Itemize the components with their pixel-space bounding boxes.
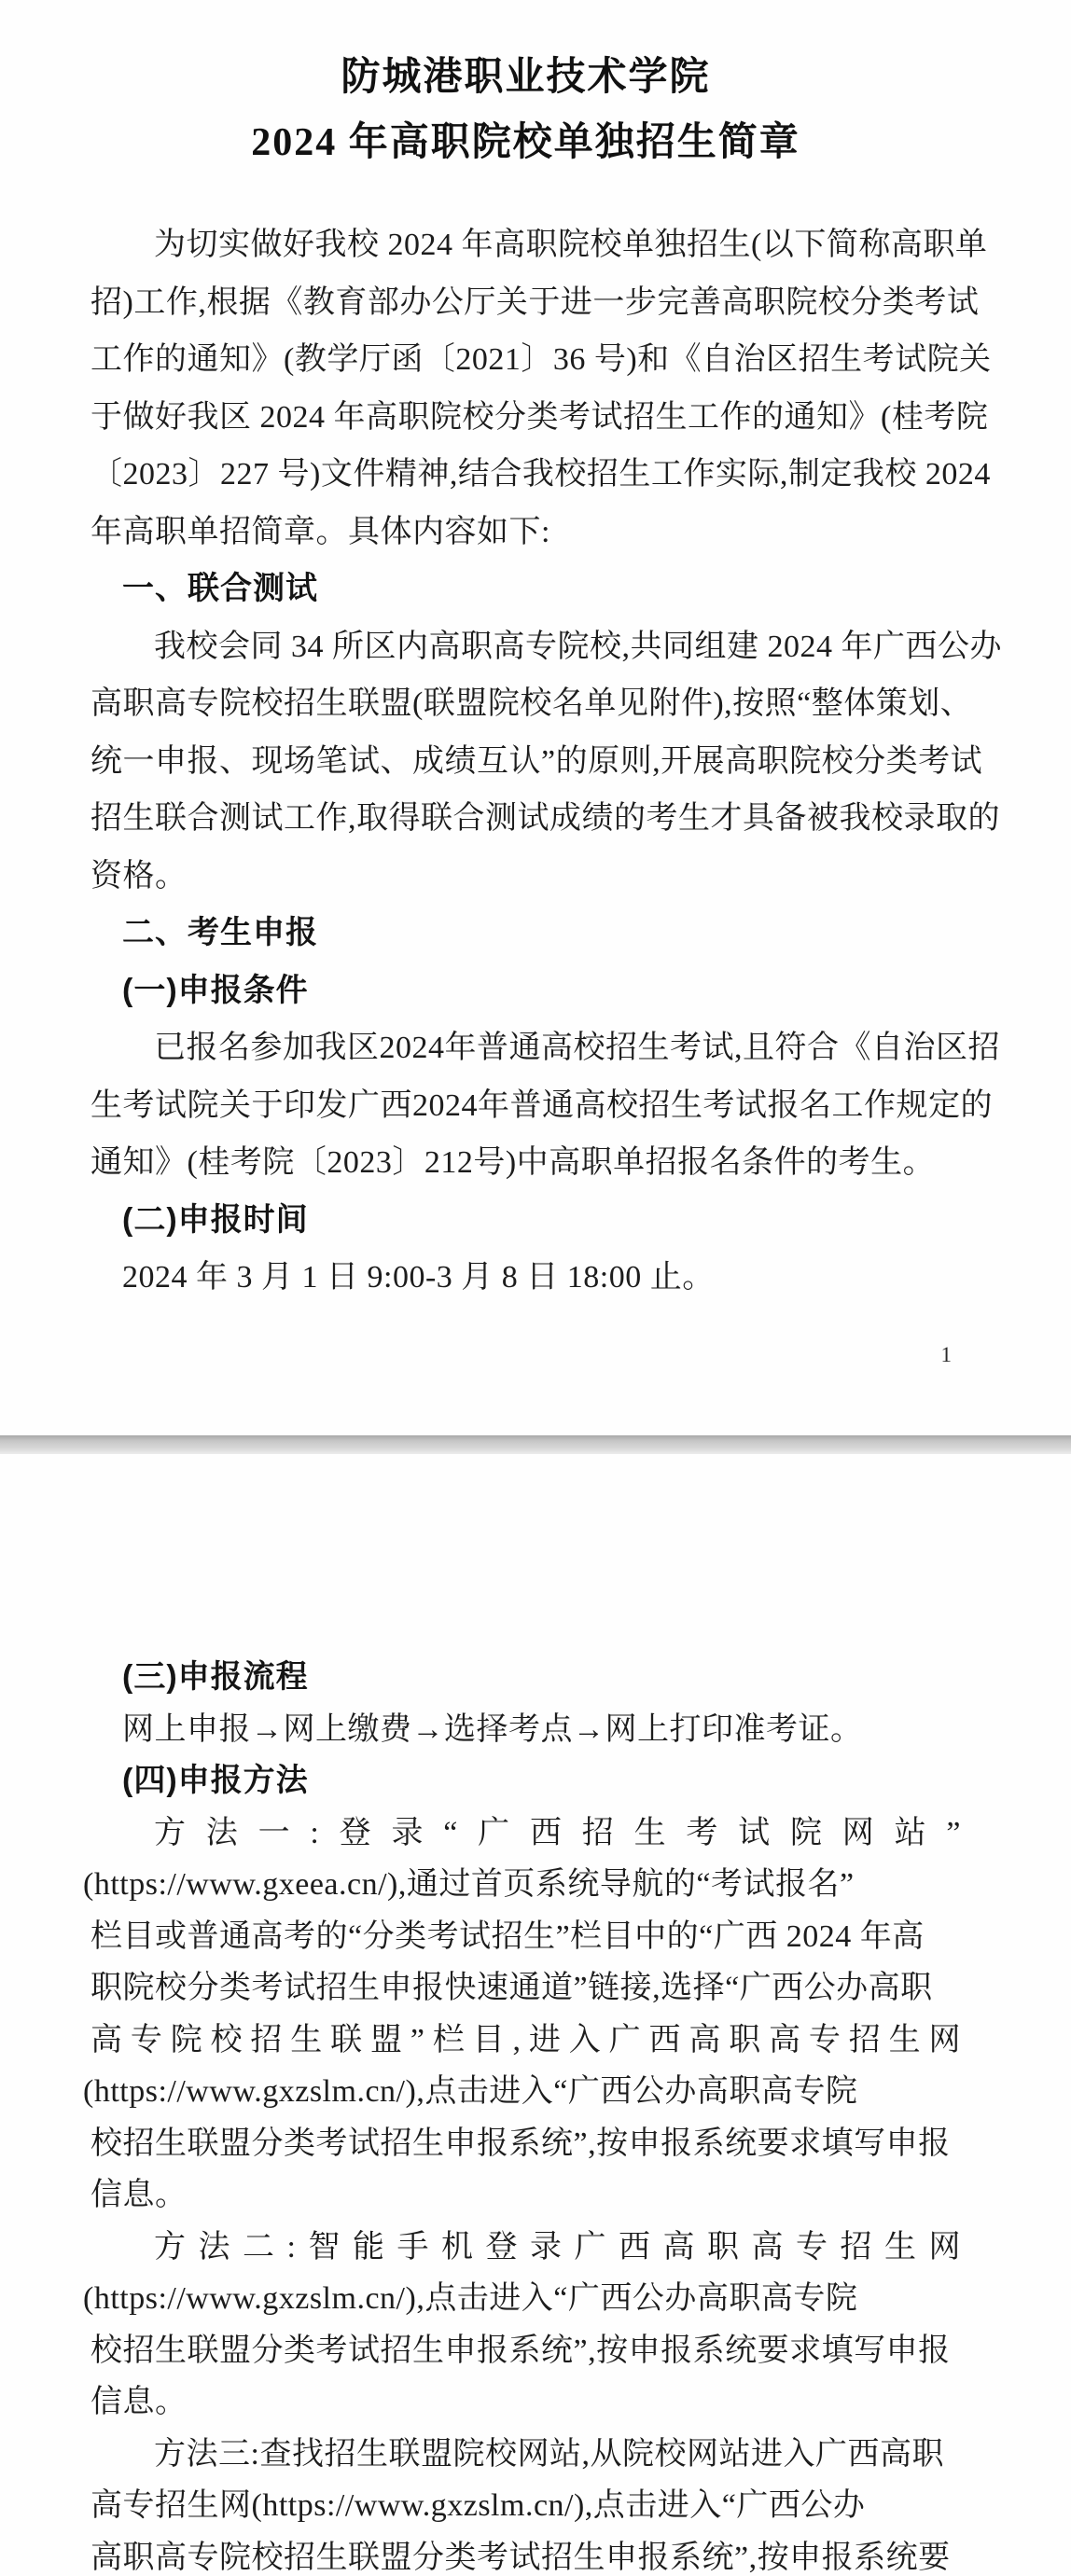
text-line: 〔2023〕227 号)文件精神,结合我校招生工作实际,制定我校 2024 — [90, 446, 961, 504]
text-line: 高专院校招生联盟”栏目,进入广西高职高专招生网 — [90, 2015, 961, 2067]
document-viewer: 防城港职业技术学院2024 年高职院校单独招生简章 为切实做好我校 2024 年… — [0, 0, 1071, 2576]
text-line: 高职高专院校招生联盟(联盟院校名单见附件),按照“整体策划、 — [90, 675, 961, 733]
document-title: 防城港职业技术学院2024 年高职院校单独招生简章 — [90, 45, 961, 175]
text-line: 方法三:查找招生联盟院校网站,从院校网站进入广西高职 — [90, 2429, 961, 2481]
text-line: 高职高专院校招生联盟分类考试招生申报系统”,按申报系统要 — [90, 2532, 961, 2576]
text-line: 为切实做好我校 2024 年高职院校单独招生(以下简称高职单 — [90, 216, 961, 274]
text-line: (https://www.gxeea.cn/),通过首页系统导航的“考试报名” — [83, 1859, 961, 1911]
text-line: 信息。 — [90, 2169, 961, 2222]
document-title-line: 防城港职业技术学院 — [90, 45, 961, 110]
text-line: 工作的通知》(教学厅函〔2021〕36 号)和《自治区招生考试院关 — [90, 331, 961, 389]
text-line: 方法一:登录“广西招生考试院网站” — [90, 1807, 961, 1860]
text-line: (三)申报流程 — [90, 1652, 961, 1704]
text-line: 资格。 — [90, 848, 961, 906]
text-line: 二、考生申报 — [90, 905, 961, 963]
text-line: 招)工作,根据《教育部办公厅关于进一步完善高职院校分类考试 — [90, 274, 961, 332]
document-title-line: 2024 年高职院校单独招生简章 — [90, 110, 961, 175]
text-line: 一、联合测试 — [90, 561, 961, 618]
text-line: 生考试院关于印发广西2024年普通高校招生考试报名工作规定的 — [90, 1077, 961, 1135]
text-line: 2024 年 3 月 1 日 9:00-3 月 8 日 18:00 止。 — [90, 1249, 961, 1307]
text-line: 招生联合测试工作,取得联合测试成绩的考生才具备被我校录取的 — [90, 790, 961, 848]
text-line: 网上申报→网上缴费→选择考点→网上打印准考证。 — [90, 1704, 961, 1756]
page-separator — [0, 1435, 1071, 1454]
text-line: 校招生联盟分类考试招生申报系统”,按申报系统要求填写申报 — [90, 2118, 961, 2170]
text-line: 统一申报、现场笔试、成绩互认”的原则,开展高职院校分类考试 — [90, 733, 961, 791]
page-2: (三)申报流程网上申报→网上缴费→选择考点→网上打印准考证。(四)申报方法方法一… — [0, 1454, 1071, 2576]
text-line: 通知》(桂考院〔2023〕212号)中高职单招报名条件的考生。 — [90, 1134, 961, 1192]
text-line: (四)申报方法 — [90, 1755, 961, 1807]
text-line: 我校会同 34 所区内高职高专院校,共同组建 2024 年广西公办 — [90, 618, 961, 676]
text-line: (二)申报时间 — [90, 1192, 961, 1250]
page-number: 1 — [941, 1343, 953, 1367]
text-line: 方法二:智能手机登录广西高职高专招生网 — [90, 2222, 961, 2274]
text-line: 栏目或普通高考的“分类考试招生”栏目中的“广西 2024 年高 — [90, 1911, 961, 1963]
text-line: 职院校分类考试招生申报快速通道”链接,选择“广西公办高职 — [90, 1962, 961, 2015]
text-line: 校招生联盟分类考试招生申报系统”,按申报系统要求填写申报 — [90, 2325, 961, 2377]
text-line: (https://www.gxzslm.cn/),点击进入“广西公办高职高专院 — [83, 2066, 961, 2118]
page-1-lines: 为切实做好我校 2024 年高职院校单独招生(以下简称高职单招)工作,根据《教育… — [90, 216, 961, 1307]
text-line: (一)申报条件 — [90, 963, 961, 1020]
text-line: 年高职单招简章。具体内容如下: — [90, 504, 961, 561]
text-line: 高专招生网(https://www.gxzslm.cn/),点击进入“广西公办 — [90, 2480, 961, 2532]
text-line: 已报名参加我区2024年普通高校招生考试,且符合《自治区招 — [90, 1019, 961, 1077]
text-line: 于做好我区 2024 年高职院校分类考试招生工作的通知》(桂考院 — [90, 389, 961, 447]
page-2-lines: (三)申报流程网上申报→网上缴费→选择考点→网上打印准考证。(四)申报方法方法一… — [90, 1652, 961, 2576]
page-1: 防城港职业技术学院2024 年高职院校单独招生简章 为切实做好我校 2024 年… — [0, 0, 1071, 1435]
text-line: 信息。 — [90, 2376, 961, 2429]
text-line: (https://www.gxzslm.cn/),点击进入“广西公办高职高专院 — [83, 2273, 961, 2325]
